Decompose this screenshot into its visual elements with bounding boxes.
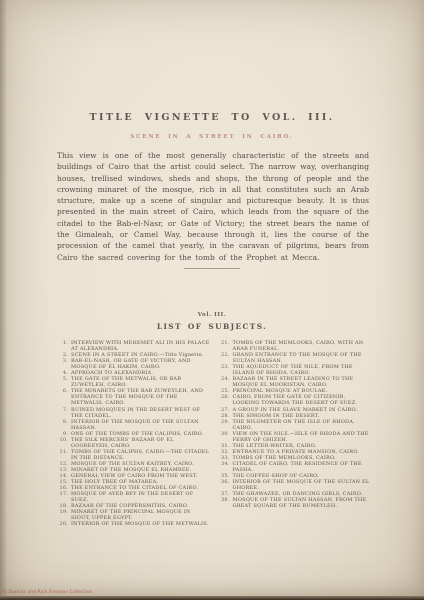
list-item: 29. THE NILOMETER ON THE ISLE OF RHODA, …: [220, 419, 373, 431]
list-item-number: 1.: [58, 340, 71, 352]
list-item-number: 22.: [220, 352, 233, 364]
list-item-text: CITADEL OF CAIRO, THE RESIDENCE OF THE P…: [233, 461, 373, 473]
list-item: 17. MOSQUE OF AYED BEY IN THE DESERT OF …: [58, 491, 211, 503]
list-item-number: 3.: [58, 358, 71, 370]
list-item: 34. CITADEL OF CAIRO, THE RESIDENCE OF T…: [220, 461, 373, 473]
list-item-number: 5.: [58, 376, 71, 388]
list-item: 22. GRAND ENTRANCE TO THE MOSQUE OF THE …: [220, 352, 373, 364]
collection-watermark: © Duncan and Rick Simpson Collection: [3, 589, 92, 594]
list-item-text: THE MINARETS OF THE BAB ZUWEYLEH, AND EN…: [71, 388, 211, 406]
list-item: 6. THE MINARETS OF THE BAB ZUWEYLEH, AND…: [58, 388, 211, 406]
list-item-text: THE SILK MERCERS' BAZAAR OF EL GOOREEYEH…: [71, 437, 211, 449]
list-item: 23. THE AQUEDUCT OF THE NILE, FROM THE I…: [220, 364, 373, 376]
list-item-number: 38.: [220, 497, 233, 509]
list-item-number: 30.: [220, 431, 233, 443]
list-item-text: MOSQUE OF AYED BEY IN THE DESERT OF SUEZ…: [71, 491, 211, 503]
list-item-number: 17.: [58, 491, 71, 503]
list-item-number: 20.: [58, 521, 71, 527]
list-item-number: 7.: [58, 407, 71, 419]
list-item-number: 6.: [58, 388, 71, 406]
subjects-column-right: 21. TOMBS OF THE MEMLOOKS, CAIRO, WITH A…: [220, 340, 373, 527]
section-divider: [184, 268, 240, 269]
page-left-edge-shadow: [0, 0, 7, 600]
list-item: 3. BAB-EL-NASR, OR GATE OF VICTORY, AND …: [58, 358, 211, 370]
list-item-text: RUINED MOSQUES IN THE DESERT WEST OF THE…: [71, 407, 211, 419]
list-item-number: 21.: [220, 340, 233, 352]
list-item-text: MOSQUE OF THE SULTAN HASSAN, FROM THE GR…: [233, 497, 373, 509]
list-item-number: 24.: [220, 376, 233, 388]
list-item-text: THE AQUEDUCT OF THE NILE, FROM THE ISLAN…: [233, 364, 373, 376]
list-item: 1. INTERVIEW WITH MEHEMET ALI IN HIS PAL…: [58, 340, 211, 352]
list-item-number: 11.: [58, 449, 71, 461]
list-item-text: INTERIOR OF THE MOSQUE OF THE SULTAN EL …: [233, 479, 373, 491]
list-item: 21. TOMBS OF THE MEMLOOKS, CAIRO, WITH A…: [220, 340, 373, 352]
list-item-number: 26.: [220, 394, 233, 406]
list-item: 30. VIEW ON THE NILE.—ISLE OF RHODA AND …: [220, 431, 373, 443]
list-item: 38. MOSQUE OF THE SULTAN HASSAN, FROM TH…: [220, 497, 373, 509]
list-of-subjects-heading: LIST OF SUBJECTS.: [0, 322, 424, 331]
subjects-column-left: 1. INTERVIEW WITH MEHEMET ALI IN HIS PAL…: [58, 340, 211, 527]
volume-label: Vol. III.: [0, 312, 424, 318]
list-item: 36. INTERIOR OF THE MOSQUE OF THE SULTAN…: [220, 479, 373, 491]
list-item-text: INTERIOR OF THE MOSQUE OF THE SULTAN HAS…: [71, 419, 211, 431]
list-item-text: TOMBS OF THE CALIPHS, CAIRO.—THE CITADEL…: [71, 449, 211, 461]
list-item-number: 34.: [220, 461, 233, 473]
list-item-text: INTERVIEW WITH MEHEMET ALI IN HIS PALACE…: [71, 340, 211, 352]
plate-subtitle: SCENE IN A STREET IN CAIRO.: [0, 134, 424, 140]
list-item-number: 23.: [220, 364, 233, 376]
description-paragraph: This view is one of the most generally c…: [57, 150, 369, 263]
list-item: 7. RUINED MOSQUES IN THE DESERT WEST OF …: [58, 407, 211, 419]
list-item-number: 10.: [58, 437, 71, 449]
list-item-number: 29.: [220, 419, 233, 431]
list-item-text: THE NILOMETER ON THE ISLE OF RHODA, CAIR…: [233, 419, 373, 431]
list-item: 5. THE GATE OF THE METWALIS, OR BAB ZUWE…: [58, 376, 211, 388]
list-item-text: INTERIOR OF THE MOSQUE OF THE METWALIS.: [71, 521, 211, 527]
list-item-text: GRAND ENTRANCE TO THE MOSQUE OF THE SULT…: [233, 352, 373, 364]
list-item: 24. BAZAAR IN THE STREET LEADING TO THE …: [220, 376, 373, 388]
list-item-text: BAB-EL-NASR, OR GATE OF VICTORY, AND MOS…: [71, 358, 211, 370]
list-item-text: TOMBS OF THE MEMLOOKS, CAIRO, WITH AN AR…: [233, 340, 373, 352]
list-item: 8. INTERIOR OF THE MOSQUE OF THE SULTAN …: [58, 419, 211, 431]
list-item: 11. TOMBS OF THE CALIPHS, CAIRO.—THE CIT…: [58, 449, 211, 461]
list-item-number: 8.: [58, 419, 71, 431]
list-item-text: VIEW ON THE NILE.—ISLE OF RHODA AND THE …: [233, 431, 373, 443]
list-item: 26. CAIRO, FROM THE GATE OF CITIZENIB, L…: [220, 394, 373, 406]
subjects-list: 1. INTERVIEW WITH MEHEMET ALI IN HIS PAL…: [58, 340, 372, 527]
page-bottom-edge: [0, 596, 424, 600]
list-item-text: CAIRO, FROM THE GATE OF CITIZENIB, LOOKI…: [233, 394, 373, 406]
list-item: 19. MINARET OF THE PRINCIPAL MOSQUE IN S…: [58, 509, 211, 521]
list-item: 10. THE SILK MERCERS' BAZAAR OF EL GOORE…: [58, 437, 211, 449]
list-item: 20. INTERIOR OF THE MOSQUE OF THE METWAL…: [58, 521, 211, 527]
list-item-text: BAZAAR IN THE STREET LEADING TO THE MOSQ…: [233, 376, 373, 388]
list-item-text: THE GATE OF THE METWALIS, OR BAB ZUWEYLE…: [71, 376, 211, 388]
list-item-number: 36.: [220, 479, 233, 491]
list-item-number: 19.: [58, 509, 71, 521]
scanned-book-page: TITLE VIGNETTE TO VOL. III. SCENE IN A S…: [0, 0, 424, 600]
list-item-text: MINARET OF THE PRINCIPAL MOSQUE IN SIOUT…: [71, 509, 211, 521]
page-title: TITLE VIGNETTE TO VOL. III.: [0, 112, 424, 123]
